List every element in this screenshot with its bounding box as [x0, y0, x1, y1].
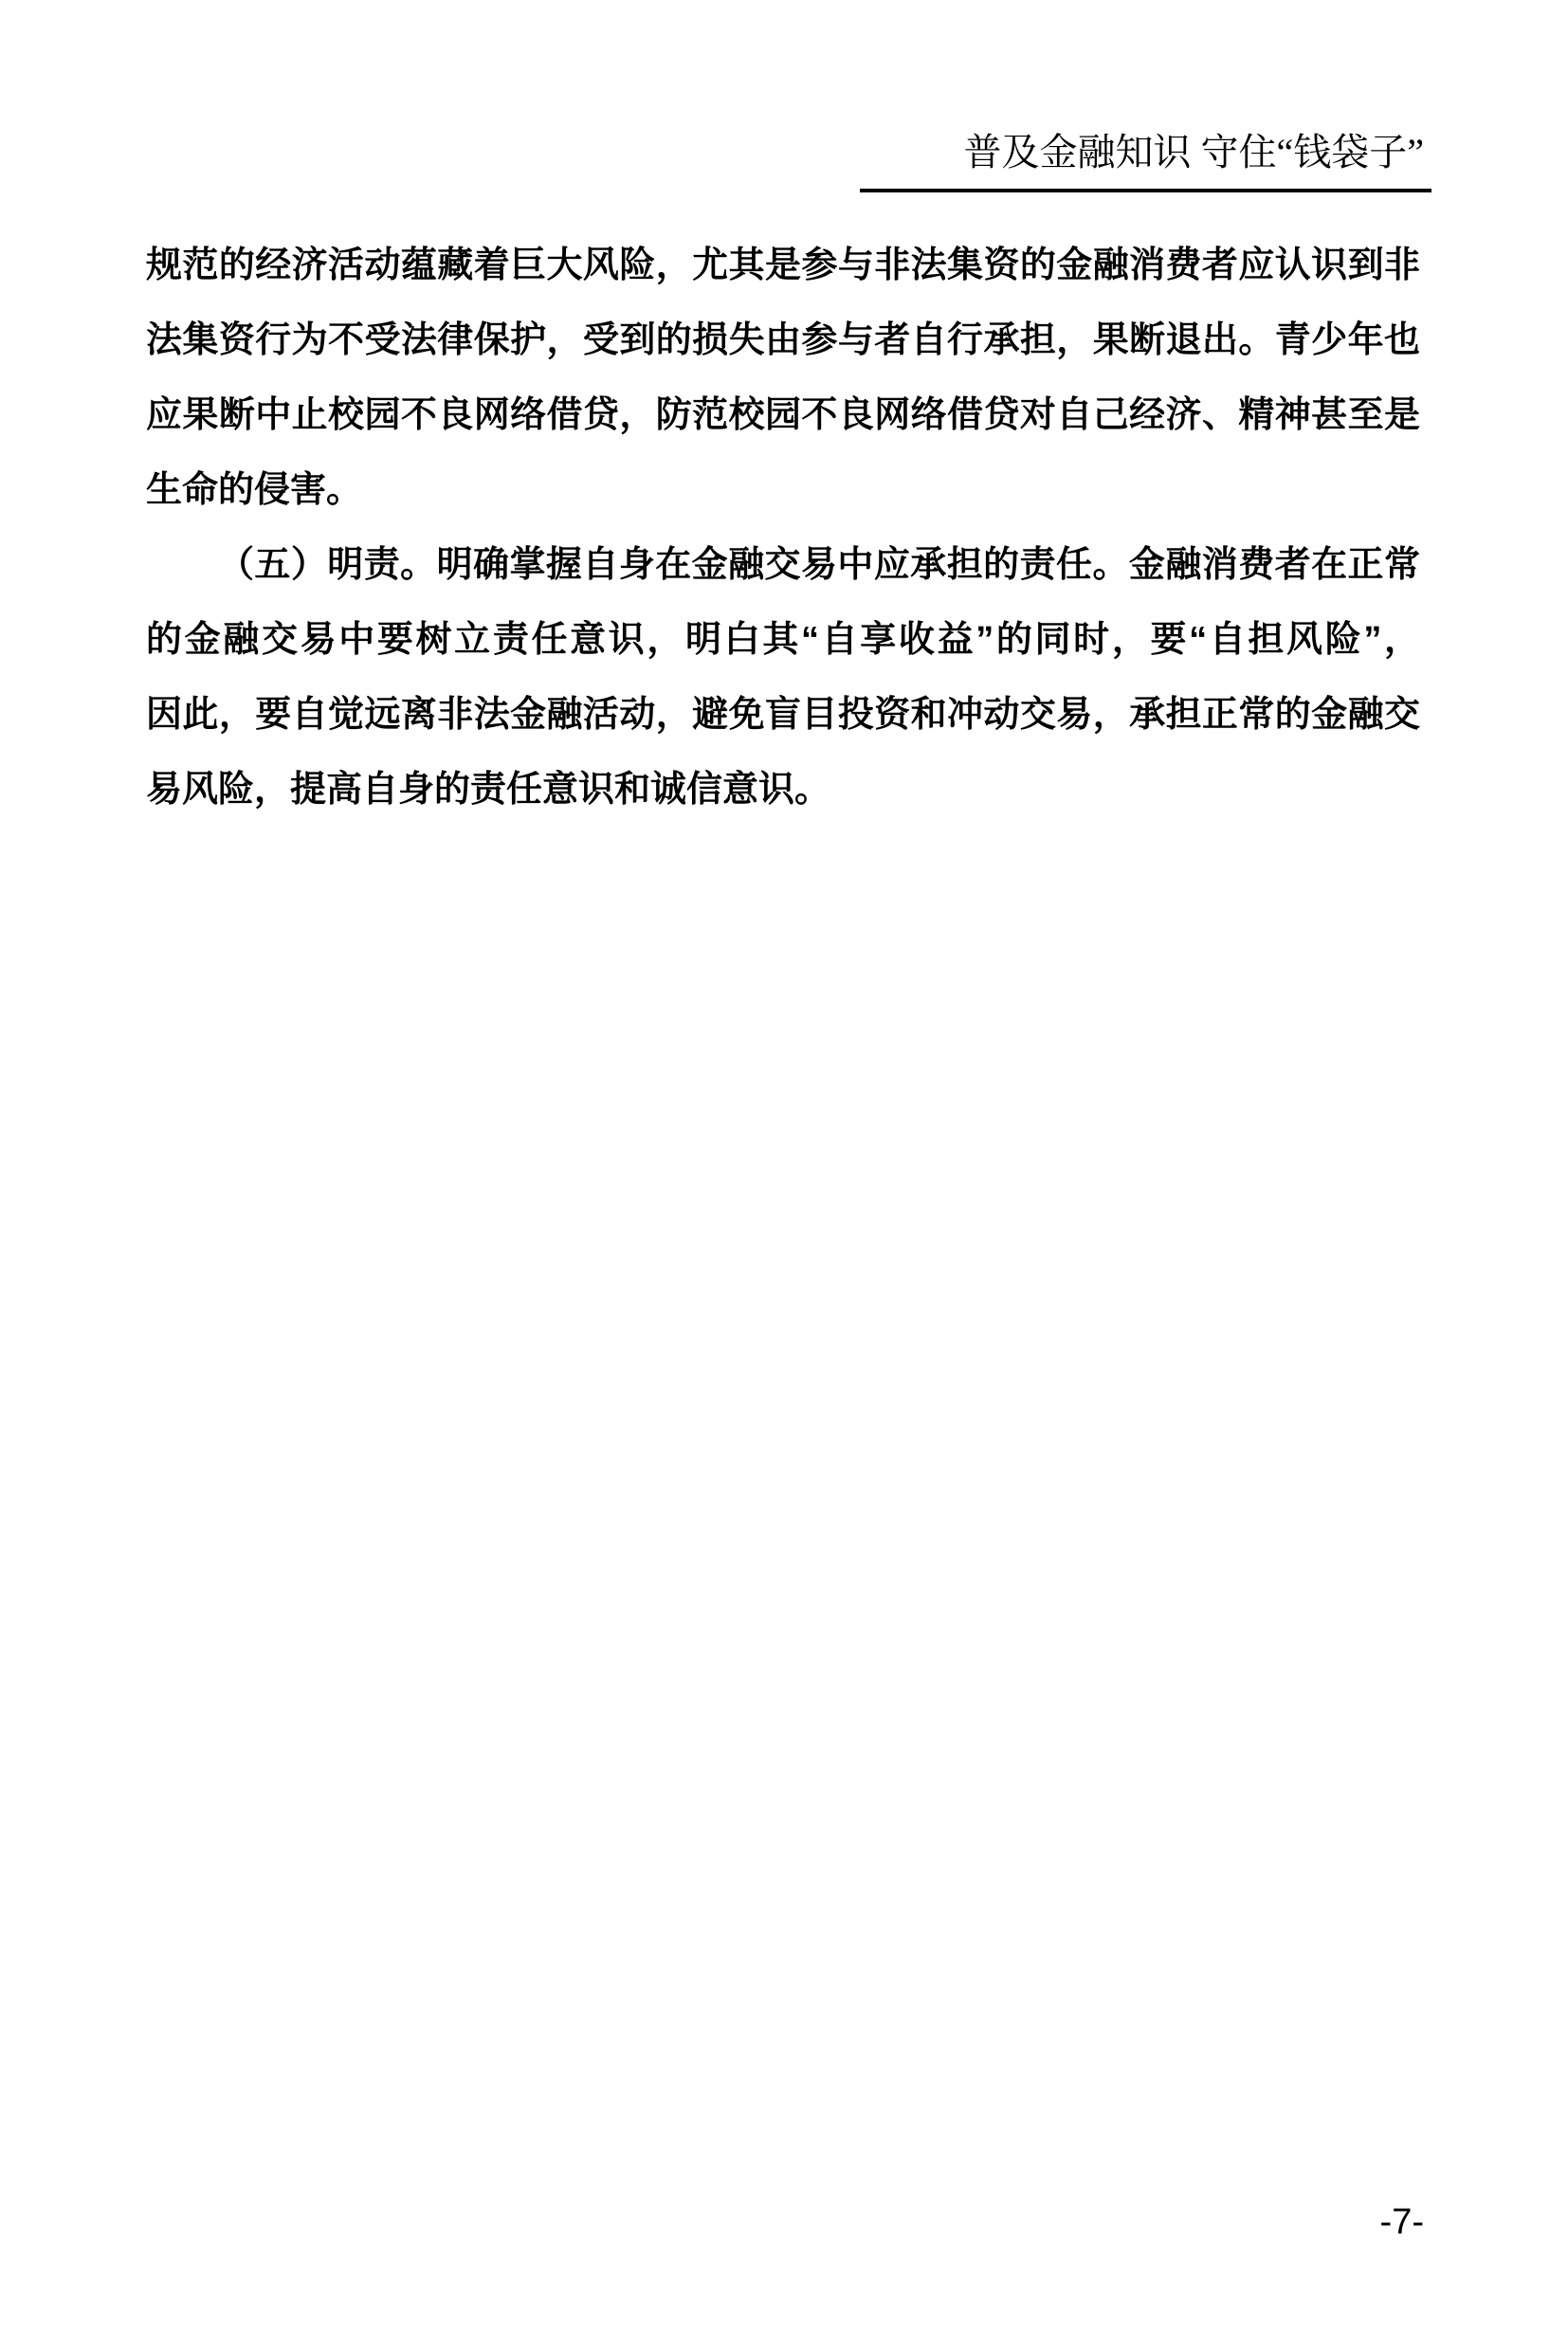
paragraph-line: 法集资行为不受法律保护，受到的损失由参与者自行承担，果断退出。青少年也	[146, 303, 1420, 378]
document-body: 规范的经济活动蕴藏着巨大风险，尤其是参与非法集资的金融消费者应认识到非 法集资行…	[146, 228, 1420, 828]
document-page: 普及金融知识 守住“钱袋子” 规范的经济活动蕴藏着巨大风险，尤其是参与非法集资的…	[0, 0, 1568, 2352]
paragraph-line: （五）明责。明确掌握自身在金融交易中应承担的责任。金融消费者在正常	[146, 528, 1420, 603]
page-header-title: 普及金融知识 守住“钱袋子”	[146, 129, 1424, 176]
paragraph-line: 易风险，提高自身的责任意识和诚信意识。	[146, 753, 1420, 828]
paragraph-line: 生命的侵害。	[146, 453, 1420, 528]
paragraph-line: 的金融交易中要树立责任意识，明白其“自享收益”的同时，要“自担风险”，	[146, 603, 1420, 678]
page-number: -7-	[146, 2201, 1424, 2243]
paragraph-line: 因此，要自觉远离非法金融活动，避免盲目投资和冲动交易，承担正常的金融交	[146, 678, 1420, 753]
paragraph-line: 规范的经济活动蕴藏着巨大风险，尤其是参与非法集资的金融消费者应认识到非	[146, 228, 1420, 303]
header-rule	[860, 189, 1431, 192]
paragraph-line: 应果断中止校园不良网络借贷，防范校园不良网络借贷对自己经济、精神甚至是	[146, 378, 1420, 453]
